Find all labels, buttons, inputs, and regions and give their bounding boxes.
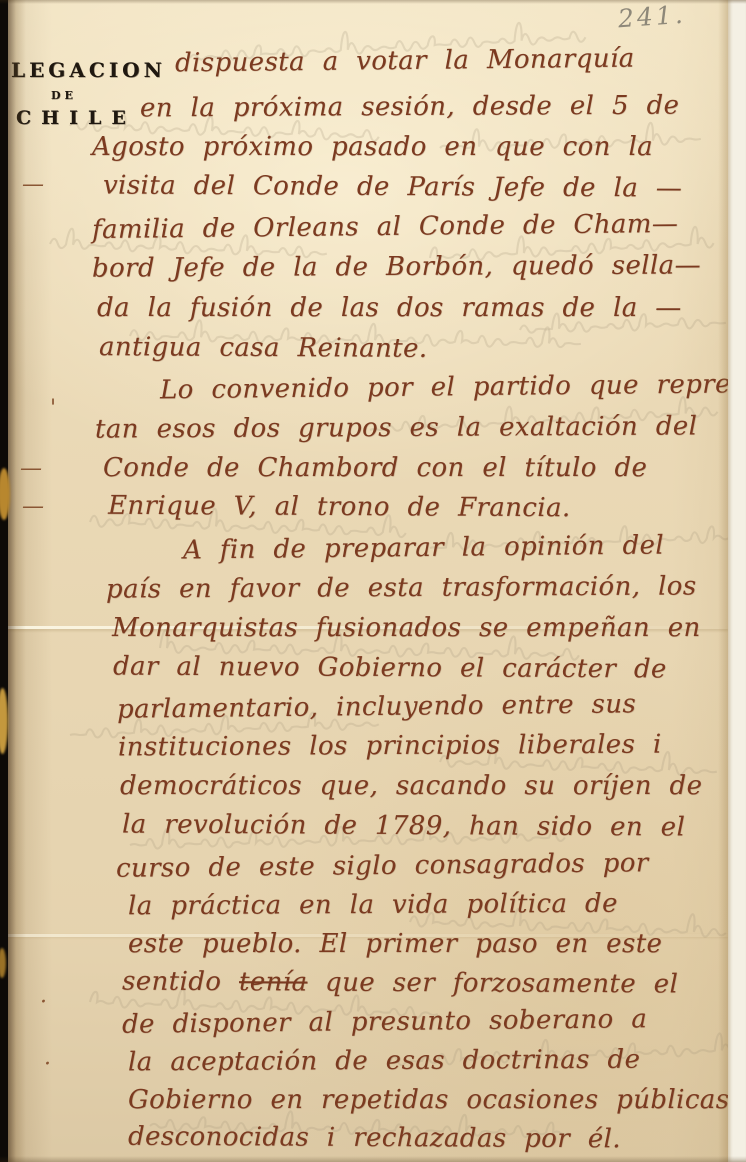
margin-mark: ' [50,396,56,421]
manuscript-line: en la próxima sesión, desde el 5 de [140,91,680,124]
margin-mark: · [40,990,47,1015]
manuscript-line: desconocidas i rechazadas por él. [128,1122,621,1155]
line-text: sentido [122,967,239,998]
manuscript-line: familia de Orleans al Conde de Cham— [92,209,679,245]
margin-mark: — [22,494,44,519]
manuscript-line: Agosto próximo pasado en que con la [92,132,653,162]
folio-number: 241. [617,0,687,33]
manuscript-line: este pueblo. El primer paso en este [128,929,662,959]
manuscript-line: bord Jefe de la de Borbón, quedó sella— [92,250,701,283]
struck-word: tenía [239,967,308,997]
margin-mark: — [20,456,42,481]
manuscript-line: instituciones los principios liberales i [118,730,662,763]
letterhead-stamp: LEGACION DE CHILE [11,58,166,129]
manuscript-line: Lo convenido por el partido que represen… [160,369,746,406]
binding-edge [0,0,8,1162]
margin-mark: · [44,1052,51,1077]
manuscript-line: país en favor de esta trasformación, los [106,571,697,604]
manuscript-line: la revolución de 1789, han sido en el [122,810,685,843]
manuscript-line: Monarquistas fusionados se empeñan en [112,613,701,643]
letterhead-line: DE [51,89,166,102]
manuscript-line: democráticos que, sacando su oríjen de [120,771,702,801]
line-text: que ser forzosamente el [307,968,678,1000]
letterhead-line: CHILE [16,107,166,129]
manuscript-line: sentido tenía que ser forzosamente el [122,967,678,1000]
manuscript-line: curso de este siglo consagrados por [116,848,649,884]
manuscript-line: la práctica en la vida política de [128,889,618,922]
manuscript-line: parlamentario, incluyendo entre sus [117,689,637,724]
manuscript-line: da la fusión de las dos ramas de la — [97,293,682,323]
manuscript-line: tan esos dos grupos es la exaltación del [95,411,698,444]
margin-mark: — [22,172,44,197]
manuscript-line: la aceptación de esas doctrinas de [128,1045,640,1078]
manuscript-line: A fin de preparar la opinión del [183,530,664,565]
manuscript-text: dispuesta a votar la Monarquíaen la próx… [0,0,746,1162]
manuscript-line: Conde de Chambord con el título de [103,453,647,483]
manuscript-line: dispuesta a votar la Monarquía [175,44,635,79]
manuscript-line: dar al nuevo Gobierno el carácter de [113,652,667,685]
manuscript-line: antigua casa Reinante. [99,332,428,364]
scan-edge-right [728,0,746,1162]
manuscript-line: Gobierno en repetidas ocasiones públicas [128,1085,729,1115]
manuscript-line: visita del Conde de París Jefe de la — [103,170,682,203]
letterhead-line: LEGACION [11,58,166,82]
manuscript-page: LEGACION DE CHILE 241. dispuesta a votar… [0,0,746,1162]
manuscript-line: Enrique V, al trono de Francia. [108,491,571,523]
manuscript-line: de disponer al presunto soberano a [122,1004,647,1039]
